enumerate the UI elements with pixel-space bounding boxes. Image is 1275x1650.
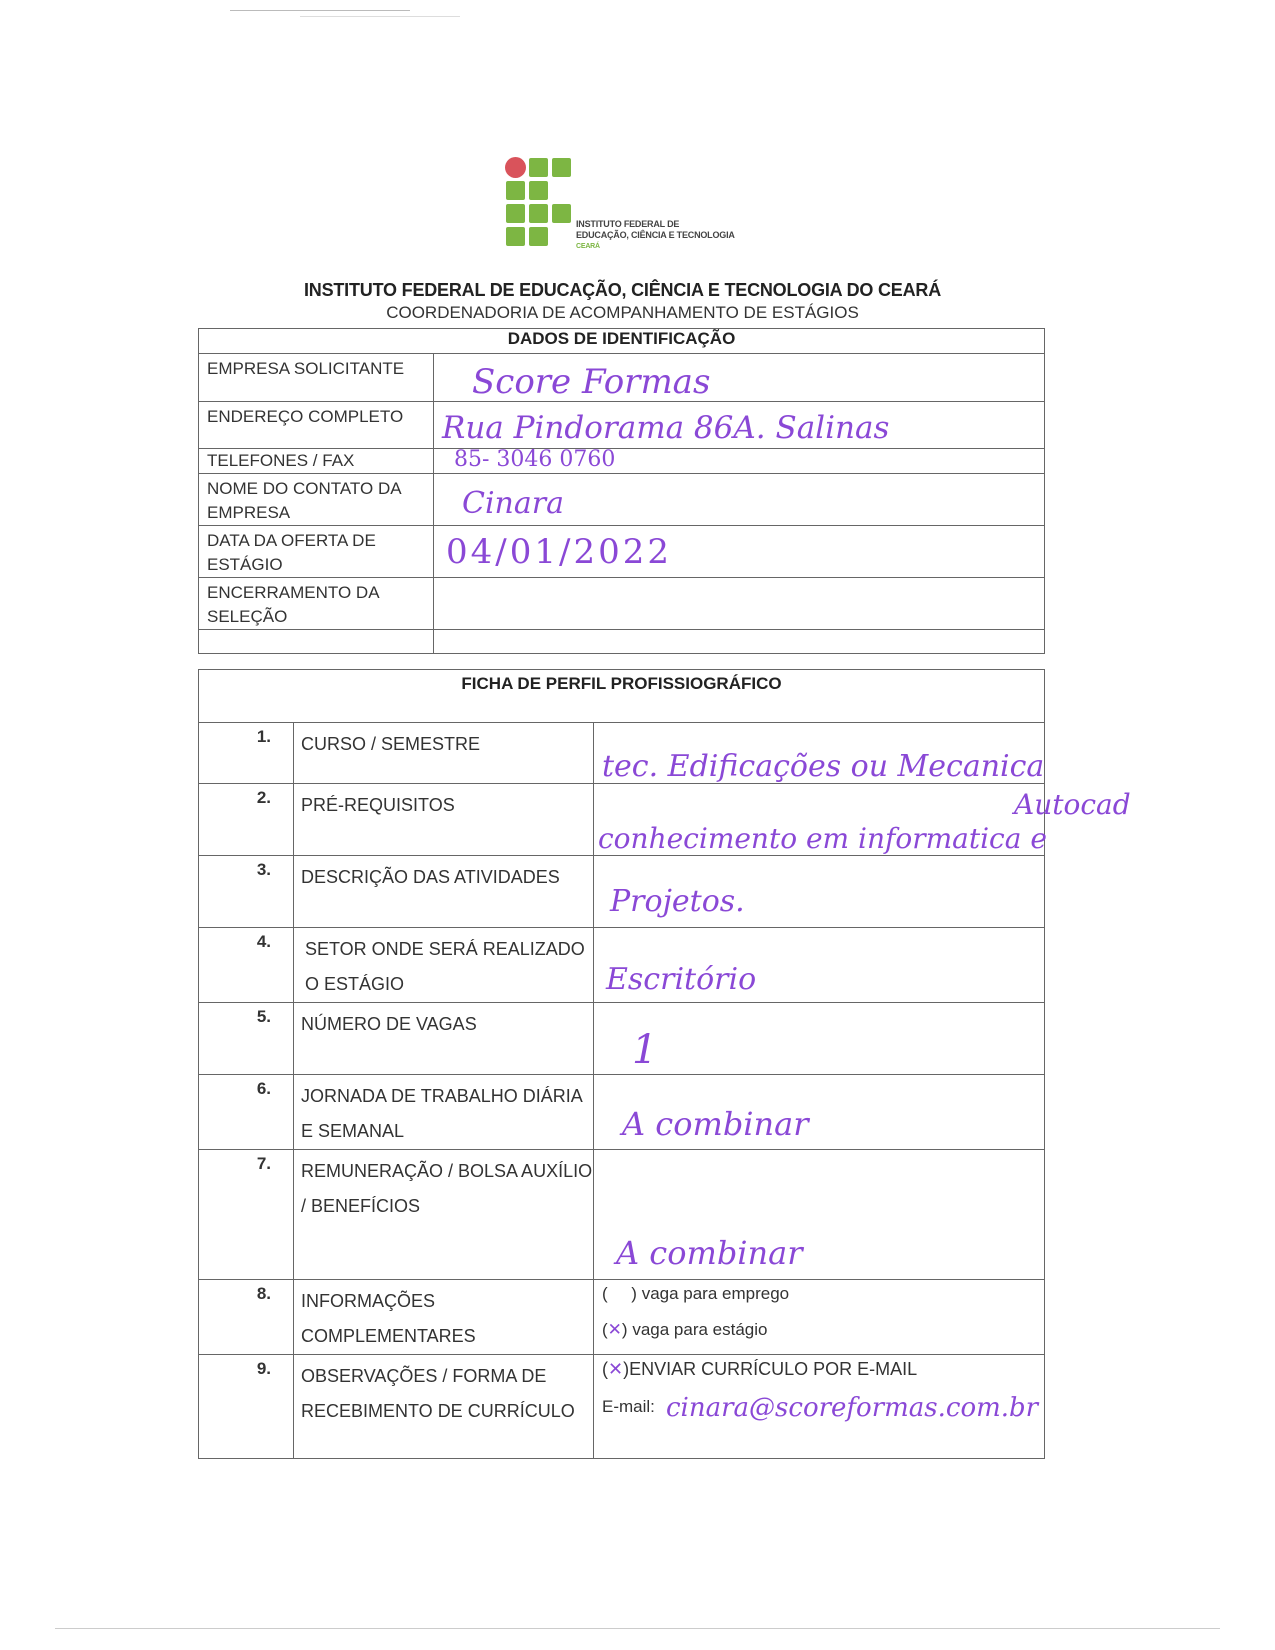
- option-label: vaga para emprego: [642, 1284, 789, 1303]
- field-label: DESCRIÇÃO DAS ATIVIDADES: [294, 856, 594, 928]
- table-row: 9. OBSERVAÇÕES / FORMA DE RECEBIMENTO DE…: [199, 1355, 1045, 1459]
- remuneration-value: A combinar: [616, 1234, 803, 1272]
- prerequisites-value-2: conhecimento em informatica e: [598, 822, 1047, 855]
- field-label: REMUNERAÇÃO / BOLSA AUXÍLIO / BENEFÍCIOS: [294, 1150, 594, 1280]
- row-number: 5.: [199, 1003, 294, 1075]
- department-subtitle: COORDENADORIA DE ACOMPANHAMENTO DE ESTÁG…: [0, 303, 1245, 323]
- table-row: [199, 630, 1045, 654]
- blank-field[interactable]: [434, 630, 1045, 654]
- table-row: NOME DO CONTATO DA EMPRESA Cinara: [199, 474, 1045, 526]
- table-row: 6. JORNADA DE TRABALHO DIÁRIA E SEMANAL …: [199, 1075, 1045, 1150]
- activities-value: Projetos.: [610, 884, 745, 919]
- field-label: ENCERRAMENTO DA SELEÇÃO: [199, 578, 434, 630]
- identification-table: DADOS DE IDENTIFICAÇÃO EMPRESA SOLICITAN…: [198, 328, 1045, 654]
- prerequisites-value-1: Autocad: [1014, 788, 1131, 821]
- logo-square: [552, 204, 571, 223]
- address-field[interactable]: Rua Pindorama 86A. Salinas: [434, 402, 1045, 449]
- field-label: SETOR ONDE SERÁ REALIZADO O ESTÁGIO: [294, 928, 594, 1003]
- logo-square: [529, 181, 548, 200]
- remuneration-field[interactable]: A combinar: [594, 1150, 1045, 1280]
- table-row: ENCERRAMENTO DA SELEÇÃO: [199, 578, 1045, 630]
- checkbox-checked[interactable]: (✕): [602, 1320, 628, 1339]
- row-number: 4.: [199, 928, 294, 1003]
- option-label: vaga para estágio: [632, 1320, 767, 1339]
- identification-title: DADOS DE IDENTIFICAÇÃO: [199, 329, 1045, 354]
- logo-square: [529, 158, 548, 177]
- email-label: E-mail:: [602, 1397, 655, 1416]
- row-number: 1.: [199, 723, 294, 784]
- vacancies-field[interactable]: 1: [594, 1003, 1045, 1075]
- profile-title: FICHA DE PERFIL PROFISSIOGRÁFICO: [199, 670, 1045, 723]
- sector-field[interactable]: Escritório: [594, 928, 1045, 1003]
- phone-field[interactable]: 85- 3046 0760: [434, 449, 1045, 474]
- logo-text: INSTITUTO FEDERAL DE EDUCAÇÃO, CIÊNCIA E…: [576, 219, 735, 252]
- table-row: 5. NÚMERO DE VAGAS 1: [199, 1003, 1045, 1075]
- check-x-icon: ✕: [608, 1320, 622, 1340]
- logo-square: [506, 181, 525, 200]
- row-number: 3.: [199, 856, 294, 928]
- field-label: CURSO / SEMESTRE: [294, 723, 594, 784]
- logo-square: [506, 227, 525, 246]
- logo-red-circle: [505, 157, 526, 178]
- checkbox-empty[interactable]: ( ): [602, 1284, 637, 1303]
- table-row: ENDEREÇO COMPLETO Rua Pindorama 86A. Sal…: [199, 402, 1045, 449]
- workload-field[interactable]: A combinar: [594, 1075, 1045, 1150]
- company-field[interactable]: Score Formas: [434, 354, 1045, 402]
- table-row: 2. PRÉ-REQUISITOS Autocad conhecimento e…: [199, 784, 1045, 856]
- company-value: Score Formas: [472, 362, 710, 402]
- table-row: TELEFONES / FAX 85- 3046 0760: [199, 449, 1045, 474]
- row-number: 7.: [199, 1150, 294, 1280]
- profile-table: FICHA DE PERFIL PROFISSIOGRÁFICO 1. CURS…: [198, 669, 1045, 1459]
- resume-delivery-field: (✕)ENVIAR CURRÍCULO POR E-MAIL E-mail: c…: [594, 1355, 1045, 1459]
- field-label: JORNADA DE TRABALHO DIÁRIA E SEMANAL: [294, 1075, 594, 1150]
- option-job-vacancy[interactable]: ( ) vaga para emprego: [602, 1284, 789, 1304]
- option-internship-vacancy[interactable]: (✕) vaga para estágio: [602, 1320, 767, 1340]
- institution-title: INSTITUTO FEDERAL DE EDUCAÇÃO, CIÊNCIA E…: [0, 280, 1245, 301]
- logo-square: [552, 158, 571, 177]
- activities-field[interactable]: Projetos.: [594, 856, 1045, 928]
- contact-field[interactable]: Cinara: [434, 474, 1045, 526]
- table-row: 1. CURSO / SEMESTRE tec. Edificações ou …: [199, 723, 1045, 784]
- field-label: ENDEREÇO COMPLETO: [199, 402, 434, 449]
- logo-square: [529, 204, 548, 223]
- logo-line-1: INSTITUTO FEDERAL DE: [576, 219, 735, 230]
- phone-value: 85- 3046 0760: [454, 447, 615, 472]
- field-label: INFORMAÇÕES COMPLEMENTARES: [294, 1280, 594, 1355]
- field-label: EMPRESA SOLICITANTE: [199, 354, 434, 402]
- email-value[interactable]: cinara@scoreformas.com.br: [666, 1393, 1038, 1423]
- table-row: 4. SETOR ONDE SERÁ REALIZADO O ESTÁGIO E…: [199, 928, 1045, 1003]
- table-row: 3. DESCRIÇÃO DAS ATIVIDADES Projetos.: [199, 856, 1045, 928]
- field-label: NOME DO CONTATO DA EMPRESA: [199, 474, 434, 526]
- logo-line-2: EDUCAÇÃO, CIÊNCIA E TECNOLOGIA: [576, 230, 735, 241]
- checkbox-checked[interactable]: (✕): [602, 1359, 629, 1379]
- field-label: PRÉ-REQUISITOS: [294, 784, 594, 856]
- logo-line-3: CEARÁ: [576, 241, 735, 252]
- field-label: [199, 630, 434, 654]
- scan-artifact: [300, 16, 460, 17]
- course-value: tec. Edificações ou Mecanica: [602, 749, 1044, 784]
- course-field[interactable]: tec. Edificações ou Mecanica: [594, 723, 1045, 784]
- scan-artifact: [55, 1628, 1220, 1629]
- contact-value: Cinara: [462, 486, 564, 521]
- selection-end-field[interactable]: [434, 578, 1045, 630]
- row-number: 2.: [199, 784, 294, 856]
- check-x-icon: ✕: [608, 1359, 623, 1380]
- table-row: DATA DA OFERTA DE ESTÁGIO 04/01/2022: [199, 526, 1045, 578]
- option-send-resume-email[interactable]: (✕)ENVIAR CURRÍCULO POR E-MAIL: [602, 1359, 917, 1380]
- scan-artifact: [230, 10, 410, 11]
- logo-square: [529, 227, 548, 246]
- vacancies-value: 1: [632, 1027, 657, 1073]
- field-label: NÚMERO DE VAGAS: [294, 1003, 594, 1075]
- address-value: Rua Pindorama 86A. Salinas: [442, 410, 889, 446]
- table-row: EMPRESA SOLICITANTE Score Formas: [199, 354, 1045, 402]
- sector-value: Escritório: [606, 962, 756, 997]
- offer-date-field[interactable]: 04/01/2022: [434, 526, 1045, 578]
- field-label: DATA DA OFERTA DE ESTÁGIO: [199, 526, 434, 578]
- offer-date-value: 04/01/2022: [446, 532, 672, 572]
- row-number: 8.: [199, 1280, 294, 1355]
- ifce-logo: INSTITUTO FEDERAL DE EDUCAÇÃO, CIÊNCIA E…: [505, 157, 765, 257]
- option-label: ENVIAR CURRÍCULO POR E-MAIL: [629, 1359, 917, 1379]
- table-row: 8. INFORMAÇÕES COMPLEMENTARES ( ) vaga p…: [199, 1280, 1045, 1355]
- logo-square: [506, 204, 525, 223]
- row-number: 6.: [199, 1075, 294, 1150]
- prerequisites-field[interactable]: Autocad conhecimento em informatica e: [594, 784, 1045, 856]
- email-row: E-mail:: [602, 1397, 655, 1417]
- field-label: TELEFONES / FAX: [199, 449, 434, 474]
- field-label: OBSERVAÇÕES / FORMA DE RECEBIMENTO DE CU…: [294, 1355, 594, 1459]
- workload-value: A combinar: [622, 1105, 809, 1143]
- table-row: 7. REMUNERAÇÃO / BOLSA AUXÍLIO / BENEFÍC…: [199, 1150, 1045, 1280]
- complementary-info-field: ( ) vaga para emprego (✕) vaga para está…: [594, 1280, 1045, 1355]
- row-number: 9.: [199, 1355, 294, 1459]
